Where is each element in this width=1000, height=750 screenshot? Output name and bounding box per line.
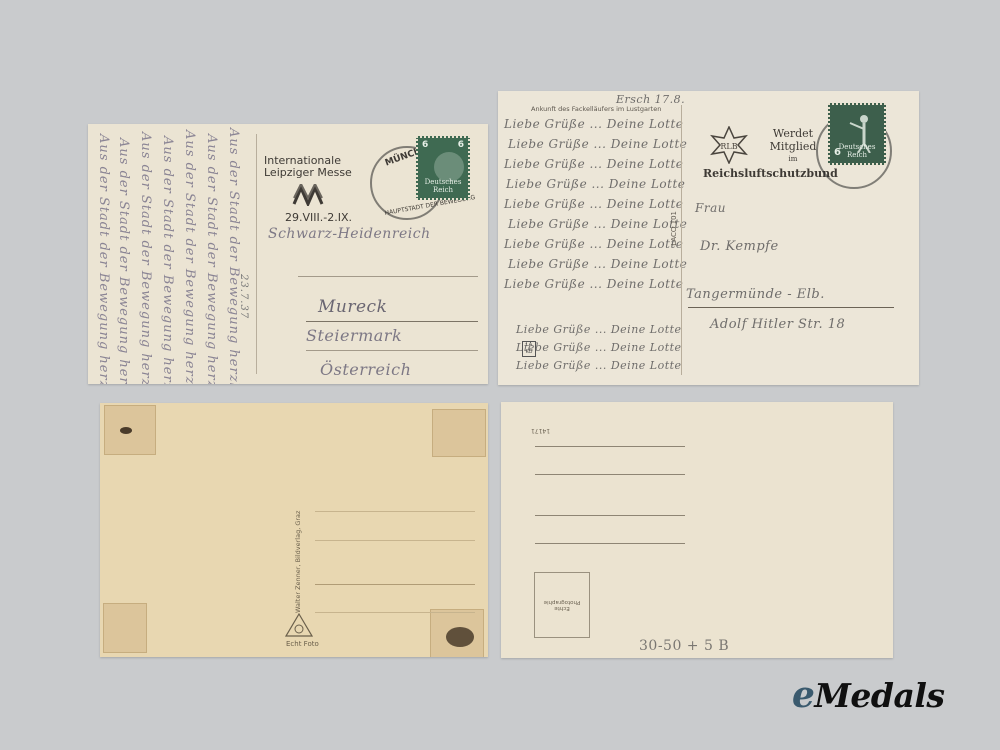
slogan-cancel: Werdet Mitglied im: [763, 127, 823, 166]
stain: [446, 627, 474, 647]
address-line: [315, 612, 475, 613]
mount-remnant: [103, 603, 147, 653]
publisher-code: LACO 101: [670, 211, 678, 246]
message-handwriting: Liebe Grüße ... Deine Lotte: [516, 359, 682, 372]
message-handwriting: Liebe Grüße ... Deine Lotte: [508, 137, 687, 151]
stamp-placeholder-box: Echte Photographie: [534, 572, 590, 638]
message-handwriting: Liebe Grüße ... Deine Lotte: [504, 197, 683, 211]
pencil-price-note: 30-50 + 5 B: [639, 638, 729, 654]
messe-title-line2: Leipziger Messe: [264, 167, 352, 179]
message-handwriting: Aus der Stadt der Bewegung herzliche Grü…: [96, 134, 111, 384]
message-handwriting: Liebe Grüße ... Deine Lotte: [504, 157, 683, 171]
message-handwriting: Liebe Grüße ... Deine Lotte: [516, 341, 682, 354]
postcard-back-blank-mounted: Walter Zenner, Bildverlag, Graz Echt Fot…: [100, 403, 488, 657]
postcard-back-blank: 14171 Echte Photographie 30-50 + 5 B: [501, 402, 893, 658]
address-street: Adolf Hitler Str. 18: [710, 317, 845, 332]
messe-cancel-title: Internationale Leipziger Messe: [264, 155, 352, 179]
address-line: [315, 540, 475, 541]
message-handwriting: Liebe Grüße ... Deine Lotte: [506, 177, 685, 191]
message-handwriting: Liebe Grüße ... Deine Lotte: [504, 277, 683, 291]
address-line: [315, 511, 475, 512]
address-line: [298, 276, 478, 277]
message-handwriting: Liebe Grüße ... Deine Lotte: [508, 217, 687, 231]
message-handwriting: Liebe Grüße ... Deine Lotte: [508, 257, 687, 271]
hindenburg-stamp: 6 6 Deutsches Reich: [416, 136, 470, 200]
address-line: [688, 307, 894, 308]
address-country: Österreich: [320, 360, 411, 379]
publisher-box: LA KO: [522, 341, 536, 357]
address-line: [535, 474, 685, 475]
address-line: [306, 321, 478, 322]
publisher-imprint: Walter Zenner, Bildverlag, Graz: [294, 423, 302, 613]
address-town: Tangermünde - Elb.: [686, 287, 825, 302]
svg-text:RLB: RLB: [720, 142, 737, 151]
address-line: [535, 515, 685, 516]
address-name: Schwarz-Heidenreich: [268, 226, 431, 242]
stamp-box-text: Echte Photographie: [541, 599, 583, 611]
logo-e: e: [792, 674, 814, 716]
address-salutation: Frau: [695, 201, 726, 215]
message-handwriting: Liebe Grüße ... Deine Lotte: [504, 117, 683, 131]
emedals-watermark-logo: eMedals: [792, 674, 945, 716]
slogan-line1: Werdet: [763, 127, 823, 140]
stamp-value: 6: [458, 140, 464, 150]
address-line: [535, 543, 685, 544]
stamp-country: Deutsches Reich: [830, 143, 884, 159]
publisher-triangle-logo-icon: [285, 613, 313, 637]
message-handwriting: Aus der Stadt der Bewegung herzliche Grü…: [160, 136, 175, 384]
logo-text: Medals: [814, 676, 944, 715]
mm-logo-icon: [292, 184, 324, 206]
message-handwriting: Aus der Stadt der Bewegung herzliche Grü…: [116, 138, 131, 384]
handwritten-date: 23.7.37: [238, 274, 249, 319]
slogan-organization: Reichsluftschutzbund: [703, 167, 838, 180]
slogan-line2: Mitglied: [763, 140, 823, 153]
card-number: 14171: [531, 427, 550, 434]
mount-remnant: [432, 409, 486, 457]
postcard-leipzig-messe: Aus der Stadt der Bewegung herzliche Grü…: [88, 124, 488, 384]
divider-line: [256, 134, 257, 374]
message-handwriting: Aus der Stadt der Bewegung herzliche Grü…: [204, 134, 219, 384]
slogan-line3: im: [763, 153, 823, 166]
address-town: Mureck: [318, 297, 387, 317]
message-handwriting: Liebe Grüße ... Deine Lotte: [504, 237, 683, 251]
stain: [120, 427, 132, 434]
divider-line: [681, 105, 682, 375]
stamp-value: 6: [422, 140, 428, 150]
echt-foto-label: Echt Foto: [286, 640, 319, 648]
address-line: [306, 350, 478, 351]
postcard-reichsluftschutzbund: Ersch 17.8. Ankunft des Fackelläufers im…: [498, 91, 919, 385]
messe-dates: 29.VIII.-2.IX.: [285, 211, 352, 224]
rlb-emblem-icon: RLB: [708, 126, 750, 164]
stamp-country: Deutsches Reich: [418, 178, 468, 194]
message-handwriting: Liebe Grüße ... Deine Lotte: [516, 323, 682, 336]
address-name: Dr. Kempfe: [700, 239, 779, 254]
freizeit-stamp: 6 Deutsches Reich: [828, 103, 886, 165]
message-handwriting: Aus der Stadt der Bewegung herzliche Grü…: [138, 132, 153, 384]
address-line: [535, 446, 685, 447]
photo-caption: Ankunft des Fackelläufers im Lustgarten: [531, 105, 661, 113]
address-region: Steiermark: [306, 326, 402, 345]
address-line: [315, 584, 475, 585]
message-handwriting: Aus der Stadt der Bewegung herzliche Grü…: [226, 128, 241, 384]
message-handwriting: Aus der Stadt der Bewegung herzliche Grü…: [182, 130, 197, 384]
